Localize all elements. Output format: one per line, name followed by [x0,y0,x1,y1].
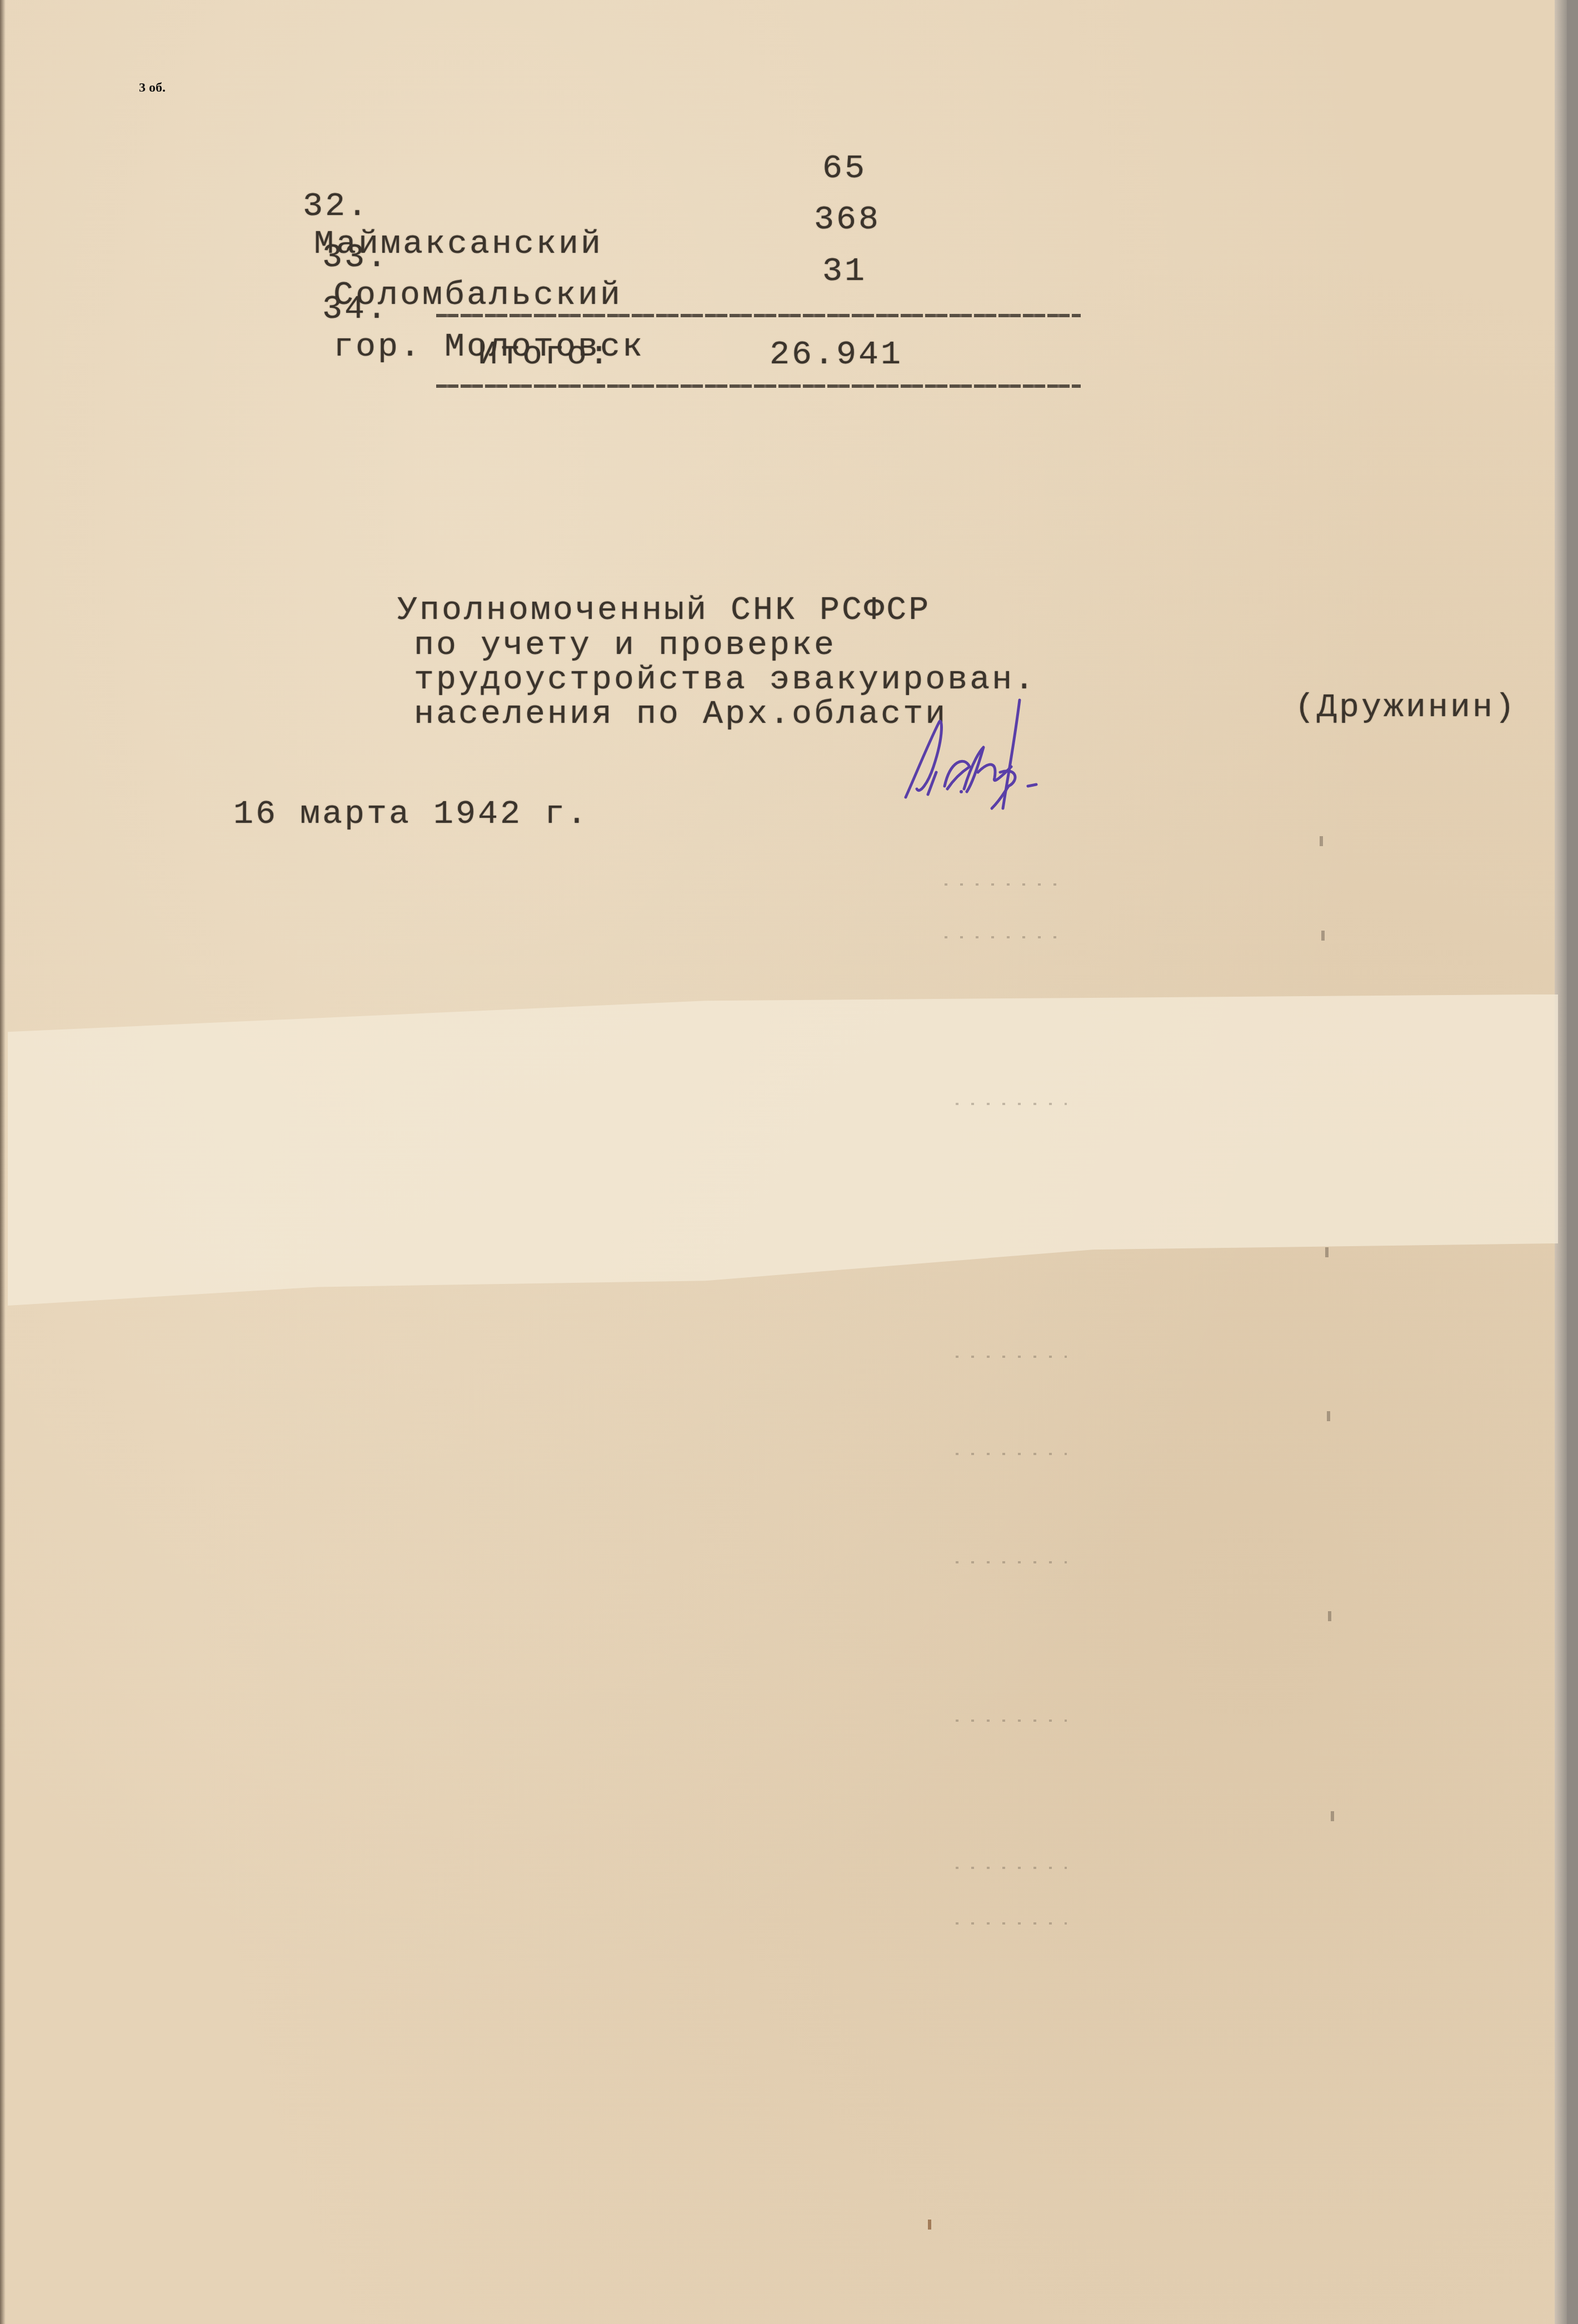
item-number: 34. [322,291,389,328]
item-value: 368 [814,201,881,239]
total-top-rule [436,314,1081,317]
total-value: 26.941 [770,336,903,374]
bleed-through-mark [1331,1811,1334,1821]
pale-paper-band [8,994,1558,1306]
bleed-through-mark [956,1720,1067,1722]
page-left-edge [0,0,6,2324]
bleed-through-mark [956,1867,1067,1869]
bleed-through-mark [956,1356,1067,1358]
signatory-title-line-2: по учету и проверке [414,627,836,664]
total-bottom-rule [436,384,1081,388]
bleed-through-mark [1325,1247,1329,1257]
item-value: 31 [822,253,867,291]
document-page: 3 об. 32. Маймаксанский 65 33. Соломбаль… [0,0,1567,2324]
ink-spot [928,2220,931,2230]
bleed-through-mark [1320,836,1323,846]
signatory-title-line-1: Уполномоченный СНК РСФСР [397,592,931,629]
bleed-through-mark [956,1561,1067,1563]
bleed-through-mark [1327,1411,1330,1421]
bleed-through-mark [956,1103,1067,1105]
bleed-through-mark [1328,1611,1331,1621]
bleed-through-mark [945,936,1067,938]
total-label: Итого: [478,336,611,374]
bleed-through-mark [956,1922,1067,1925]
bleed-through-mark [1321,931,1325,941]
bleed-through-mark [956,1453,1067,1455]
signatory-name: (Дружинин) [1295,689,1517,727]
document-date: 16 марта 1942 г. [233,796,589,833]
bleed-through-mark [945,883,1067,886]
list-item: 34. гор. Молотовск [233,253,645,404]
signatory-title-line-4: населения по Арх.области [414,696,947,733]
item-value: 65 [822,150,867,188]
page-number-label: 3 об. [139,81,166,96]
handwritten-signature [895,689,1206,817]
